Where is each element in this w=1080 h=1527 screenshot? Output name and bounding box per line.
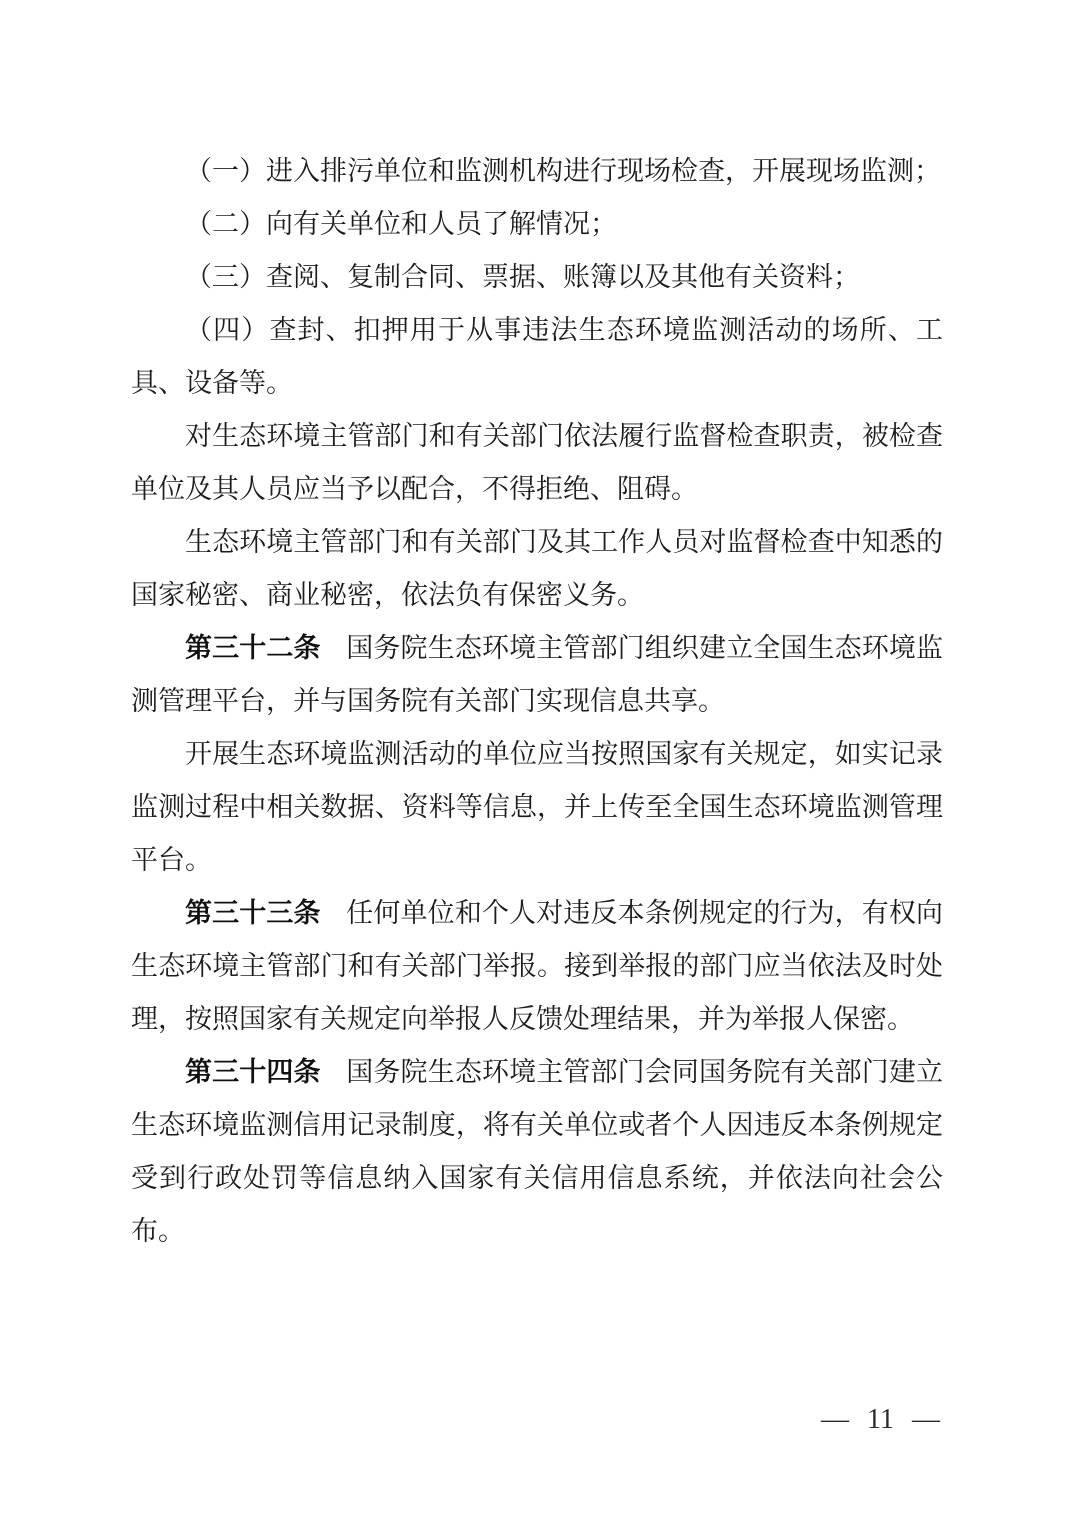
article-paragraph: 第三十三条任何单位和个人对违反本条例规定的行为，有权向生态环境主管部门和有关部门… (131, 887, 943, 1046)
document-body: （一）进入排污单位和监测机构进行现场检查，开展现场监测；（二）向有关单位和人员了… (131, 145, 943, 1258)
paragraph: （一）进入排污单位和监测机构进行现场检查，开展现场监测； (131, 145, 943, 198)
footer-dash-right: — (912, 1400, 940, 1440)
paragraph: （三）查阅、复制合同、票据、账簿以及其他有关资料； (131, 251, 943, 304)
paragraph: （二）向有关单位和人员了解情况； (131, 198, 943, 251)
paragraph: 生态环境主管部门和有关部门及其工作人员对监督检查中知悉的国家秘密、商业秘密，依法… (131, 516, 943, 622)
article-number: 第三十三条 (185, 898, 321, 928)
page-footer: — 11 — (821, 1400, 940, 1440)
article-number: 第三十四条 (185, 1057, 321, 1087)
page-number: 11 (867, 1400, 894, 1440)
paragraph: （四）查封、扣押用于从事违法生态环境监测活动的场所、工具、设备等。 (131, 304, 943, 410)
article-paragraph: 第三十四条国务院生态环境主管部门会同国务院有关部门建立生态环境监测信用记录制度，… (131, 1046, 943, 1258)
article-number: 第三十二条 (185, 633, 321, 663)
paragraph: 开展生态环境监测活动的单位应当按照国家有关规定，如实记录监测过程中相关数据、资料… (131, 728, 943, 887)
document-page: （一）进入排污单位和监测机构进行现场检查，开展现场监测；（二）向有关单位和人员了… (0, 0, 1080, 1527)
footer-dash-left: — (821, 1400, 849, 1440)
article-paragraph: 第三十二条国务院生态环境主管部门组织建立全国生态环境监测管理平台，并与国务院有关… (131, 622, 943, 728)
paragraph: 对生态环境主管部门和有关部门依法履行监督检查职责，被检查单位及其人员应当予以配合… (131, 410, 943, 516)
